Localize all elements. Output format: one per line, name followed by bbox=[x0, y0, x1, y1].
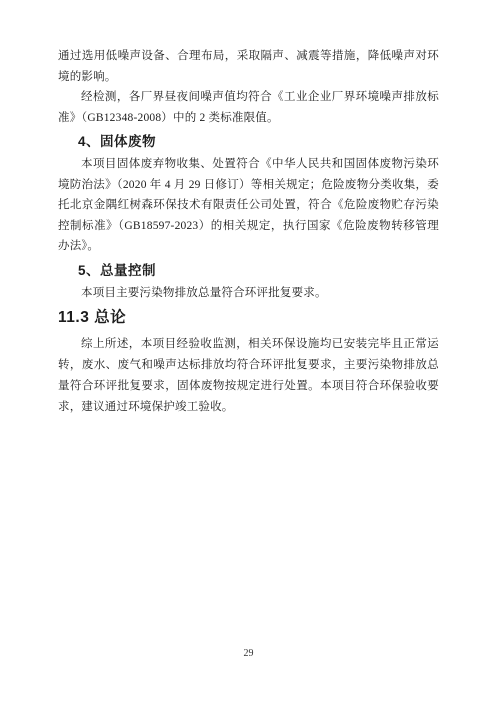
heading-conclusion: 11.3 总论 bbox=[58, 305, 439, 330]
heading-total-amount-control: 5、总量控制 bbox=[58, 261, 439, 281]
paragraph-noise-measures: 通过选用低噪声设备、合理布局，采取隔声、减震等措施，降低噪声对环境的影响。 bbox=[58, 46, 439, 87]
page-content: 通过选用低噪声设备、合理布局，采取隔声、减震等措施，降低噪声对环境的影响。 经检… bbox=[58, 46, 439, 418]
paragraph-total-amount-control: 本项目主要污染物排放总量符合环评批复要求。 bbox=[58, 283, 439, 304]
document-page: 通过选用低噪声设备、合理布局，采取隔声、减震等措施，降低噪声对环境的影响。 经检… bbox=[0, 0, 497, 702]
paragraph-conclusion: 综上所述，本项目经验收监测，相关环保设施均已安装完毕且正常运转，废水、废气和噪声… bbox=[58, 334, 439, 418]
paragraph-solid-waste: 本项目固体废弃物收集、处置符合《中华人民共和国固体废物污染环境防治法》（2020… bbox=[58, 154, 439, 257]
heading-solid-waste: 4、固体废物 bbox=[58, 132, 439, 152]
page-number: 29 bbox=[0, 648, 497, 660]
paragraph-noise-test-result: 经检测，各厂界昼夜间噪声值均符合《工业企业厂界环境噪声排放标准》（GB12348… bbox=[58, 87, 439, 128]
